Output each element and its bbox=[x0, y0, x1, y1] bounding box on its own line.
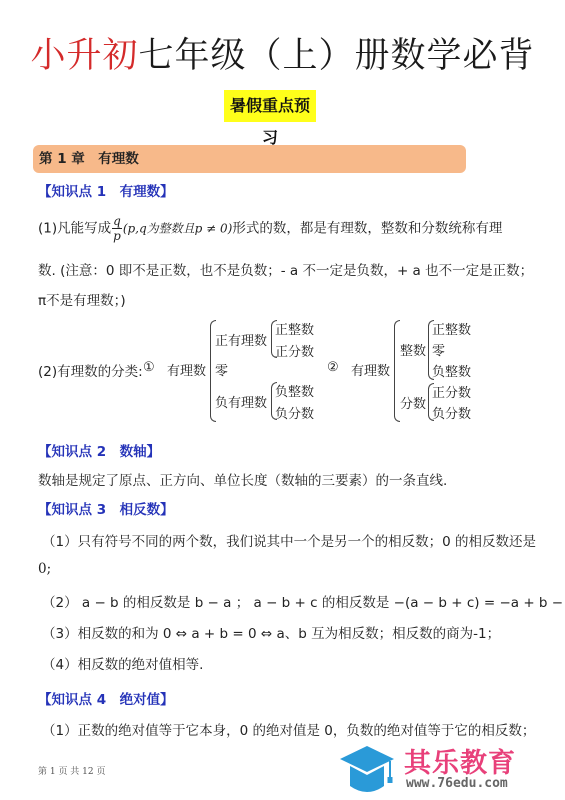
section-3-paragraph-1-line-2: 0; bbox=[38, 561, 51, 577]
section-3-paragraph-2: （2） a − b 的相反数是 b − a ； a − b + c 的相反数是 … bbox=[42, 591, 565, 611]
title-black-part: 七年级（上）册数学必背 bbox=[139, 36, 535, 76]
circle-marker-2: ② bbox=[327, 360, 339, 375]
section-1-paragraph-1-line-3: π不是有理数；) bbox=[38, 289, 126, 309]
tree-1-positive-child-2: 正分数 bbox=[275, 341, 314, 360]
tree-1-negative: 负有理数 bbox=[215, 392, 267, 411]
section-heading-3: 【知识点 3 相反数】 bbox=[38, 498, 174, 518]
tree-1-root: 有理数 bbox=[167, 360, 206, 379]
section-heading-1: 【知识点 1 有理数】 bbox=[38, 180, 174, 200]
tree-2-integer-child-1: 正整数 bbox=[432, 319, 471, 338]
tree-1-negative-child-2: 负分数 bbox=[275, 403, 314, 422]
classification-label: (2)有理数的分类: bbox=[38, 360, 143, 380]
tree-2-fraction-child-1: 正分数 bbox=[432, 382, 471, 401]
logo-url: www.76edu.com bbox=[406, 776, 508, 791]
section-3-paragraph-4: （4）相反数的绝对值相等. bbox=[42, 653, 203, 673]
tree-2-fraction: 分数 bbox=[400, 393, 426, 412]
tree-2-integer-child-2: 零 bbox=[432, 340, 445, 359]
document-title: 小升初七年级（上）册数学必背 bbox=[0, 28, 565, 78]
section-2-paragraph-1: 数轴是规定了原点、正方向、单位长度（数轴的三要素）的一条直线. bbox=[38, 469, 447, 489]
tree-2-integer-child-3: 负整数 bbox=[432, 361, 471, 380]
tree-2-integer: 整数 bbox=[400, 340, 426, 359]
subtitle-highlight: 暑假重点预习 bbox=[224, 90, 316, 122]
graduation-cap-icon bbox=[338, 742, 396, 798]
section-heading-4: 【知识点 4 绝对值】 bbox=[38, 688, 174, 708]
section-3-paragraph-1: （1）只有符号不同的两个数，我们说其中一个是另一个的相反数；0 的相反数还是 bbox=[42, 530, 536, 550]
tree-2-fraction-child-2: 负分数 bbox=[432, 403, 471, 422]
tree-2-root: 有理数 bbox=[351, 360, 390, 379]
section-3-paragraph-3: （3）相反数的和为 0 ⇔ a + b = 0 ⇔ a、b 互为相反数；相反数的… bbox=[42, 622, 500, 642]
fraction-q-over-p: qp bbox=[112, 214, 122, 243]
tree-1-zero: 零 bbox=[215, 360, 228, 379]
title-red-part: 小升初 bbox=[30, 36, 138, 76]
logo-name: 其乐教育 bbox=[404, 741, 516, 780]
section-4-paragraph-1: （1）正数的绝对值等于它本身，0 的绝对值是 0，负数的绝对值等于它的相反数； bbox=[42, 719, 535, 739]
section-1-paragraph-1-line-2: 数. (注意：0 即不是正数，也不是负数；- a 不一定是负数，+ a 也不一定… bbox=[38, 259, 533, 279]
section-heading-2: 【知识点 2 数轴】 bbox=[38, 440, 160, 460]
section-1-paragraph-1: (1)凡能写成qp(p,q为整数且p ≠ 0)形式的数，都是有理数，整数和分数统… bbox=[38, 214, 502, 243]
circle-marker-1: ① bbox=[143, 360, 155, 375]
page-number: 第 1 页 共 12 页 bbox=[38, 764, 105, 777]
tree-1-negative-child-1: 负整数 bbox=[275, 381, 314, 400]
tree-1-positive-child-1: 正整数 bbox=[275, 319, 314, 338]
chapter-heading: 第 1 章 有理数 bbox=[33, 145, 466, 173]
tree-1-positive: 正有理数 bbox=[215, 330, 267, 349]
